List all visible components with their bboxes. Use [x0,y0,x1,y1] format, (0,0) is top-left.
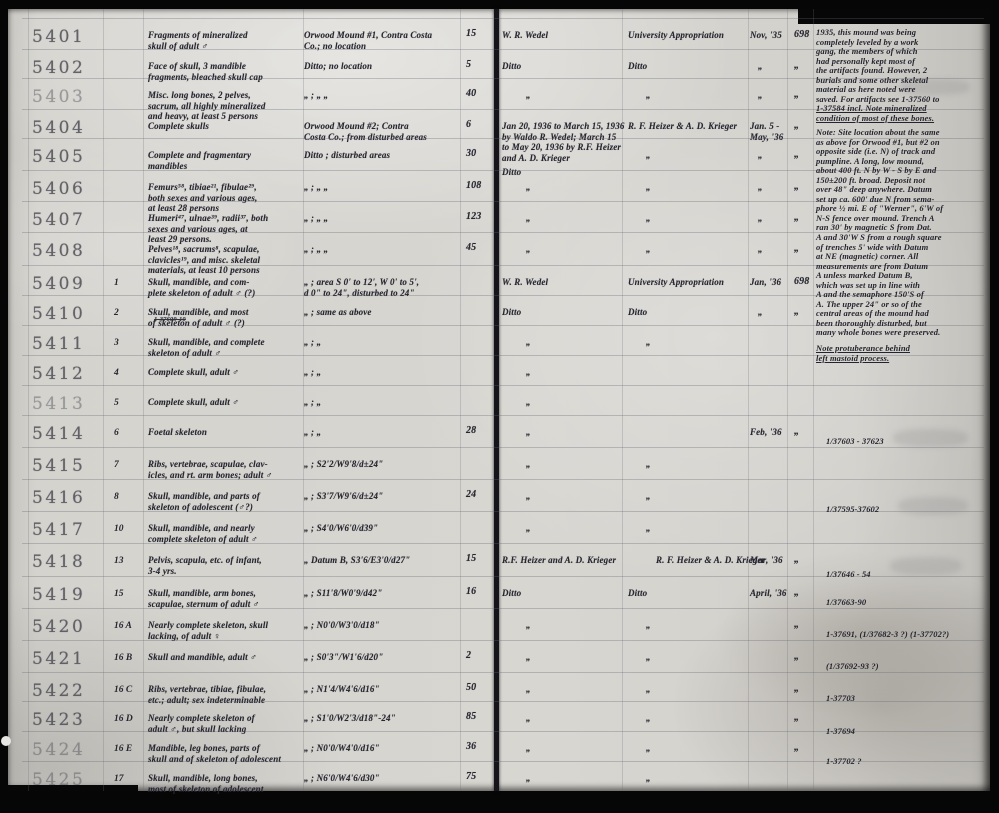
entry-number: 16 A [114,621,132,632]
locality: „ ; N0'0/W4'0/d16" [304,743,380,754]
text-line: May, '36 [750,132,783,143]
accession-number: „ [794,743,799,754]
source: „ [646,620,651,631]
text-line: April, '36 [750,588,787,599]
description: Complete skull, adult ♂ [148,397,239,408]
description: Complete skull, adult ♂ [148,367,239,378]
locality: „ ; „ „ [304,90,328,101]
catalog-number-stamp: 5410 [32,305,85,323]
date: „ [758,182,763,193]
count: 15 [466,554,476,565]
text-line: „ [758,213,763,224]
locality: „ ; „ „ [304,182,328,193]
description: Foetal skeleton [148,427,207,438]
text-line: „ ; „ [304,397,321,408]
ledger-paper: 5401Fragments of mineralizedskull of adu… [8,9,990,791]
catalog-number-stamp: 5415 [32,457,85,475]
entry-number: 1 [114,278,119,289]
remark-line: condition of most of these bones. [816,114,939,124]
locality: „ ; S0'3"/W1'6/d20" [304,652,383,663]
accession-number: „ [794,213,799,224]
text-line: Costa Co.; from disturbed areas [304,132,427,143]
text-line: and heavy, at least 5 persons [148,111,266,122]
remarks-note: Note: Site location about the sameas abo… [816,128,943,338]
ledger-row-rule [22,385,984,386]
count: 40 [466,89,476,100]
text-line: Skull, mandible, and nearly [148,523,258,534]
text-line: „ [646,684,651,695]
text-line: „ ; „ „ [304,182,328,193]
ledger-row-rule [22,608,984,609]
ledger-column-rule [460,9,461,791]
source: „ [646,652,651,663]
text-line: „ ; „ „ [304,213,328,224]
text-line: Complete skulls [148,121,209,132]
text-line: „ [526,491,531,502]
collector: Ditto [502,61,521,72]
source: „ [646,150,651,161]
text-line: R.F. Heizer and A. D. Krieger [502,555,616,566]
catalog-number-stamp: 5405 [32,148,85,166]
source: „ [646,773,651,784]
accession-ref: 1-37702 ? [826,757,862,767]
locality: „ ; N1'4/W4'6/d16" [304,684,380,695]
text-line: „ ; „ [304,367,321,378]
text-line: Skull and mandible, adult ♂ [148,652,257,663]
source: Ditto [628,307,647,318]
entry-number: 16 E [114,744,132,755]
source: „ [646,459,651,470]
source: „ [646,244,651,255]
ledger-row-rule [22,543,984,544]
count: 24 [466,490,476,501]
text-line: „ [646,459,651,470]
text-line: „ ; area S 0' to 12', W 0' to 5', [304,277,419,288]
count: 2 [466,651,471,662]
accession-number: „ [794,588,799,599]
text-line: „ [526,367,531,378]
collector: W. R. Wedel [502,277,548,288]
count: 50 [466,683,476,694]
text-line: Ditto; no location [304,61,372,72]
catalog-number-stamp: 5409 [32,275,85,293]
text-line: „ ; N0'0/W3'0/d18" [304,620,380,631]
text-line: Mar, '36 [750,555,783,566]
source: „ [646,213,651,224]
text-line: „ ; N6'0/W4'6/d30" [304,773,380,784]
source: R. F. Heizer & A. D. Krieger [628,121,737,132]
text-line: „ [526,90,531,101]
text-line: Nearly complete skeleton, skull [148,620,268,631]
text-line: University Appropriation [628,277,724,288]
collector: Ditto [502,588,521,599]
text-line: „ [758,244,763,255]
accession-number: „ [794,61,799,72]
collector: „ [526,213,531,224]
text-line: „ [526,182,531,193]
locality: Orwood Mound #1, Contra CostaCo.; no loc… [304,30,432,51]
description: Humeri⁴⁷, ulnae³⁹, radii³⁷, bothsexes an… [148,213,268,245]
date: „ [758,244,763,255]
accession-number: 698 [794,30,809,41]
text-line: Pelvis, scapula, etc. of infant, [148,555,262,566]
source: Ditto [628,61,647,72]
ledger-row-rule [22,672,984,673]
text-line: „ ; S3'7/W9'6/d±24" [304,491,383,502]
accession-number: „ [794,244,799,255]
collector: Ditto [502,307,521,318]
remarks-note: Note protuberance behindleft mastoid pro… [816,344,910,363]
count: 28 [466,426,476,437]
catalog-number-stamp: 5401 [32,28,85,46]
locality: Ditto; no location [304,61,372,72]
text-line: „ [526,773,531,784]
text-line: „ [646,150,651,161]
text-line: „ ; S4'0/W6'0/d39" [304,523,378,534]
source: University Appropriation [628,30,724,41]
entry-number: 16 C [114,685,132,696]
collector: „ [526,367,531,378]
text-line: „ ; S2'2/W9'8/d±24" [304,459,383,470]
text-line: „ [646,523,651,534]
catalog-number-stamp: 5419 [32,586,85,604]
count: 15 [466,29,476,40]
date: April, '36 [750,588,787,599]
accession-number: „ [794,652,799,663]
text-line: University Appropriation [628,30,724,41]
accession-number: „ [794,555,799,566]
bleedthrough-smudge [893,429,968,447]
description: Skull and mandible, adult ♂ [148,652,257,663]
text-line: Skull, mandible, and parts of [148,491,260,502]
text-line: Skull, mandible, and complete [148,337,265,348]
ledger-column-rule [787,9,788,791]
text-line: „ [646,213,651,224]
description: Misc. long bones, 2 pelves,sacrum, all h… [148,90,266,122]
text-line: „ [646,743,651,754]
text-line: „ [646,713,651,724]
accession-number: „ [794,182,799,193]
text-line: „ [646,90,651,101]
ledger-row-rule [22,18,984,19]
description: Skull, mandible, and parts ofskeleton of… [148,491,260,512]
text-line: „ ; „ „ [304,90,328,101]
locality: „ ; S11'8/W0'9/d42" [304,588,382,599]
catalog-number-stamp: 5406 [32,180,85,198]
text-line: Foetal skeleton [148,427,207,438]
text-line: „ [526,523,531,534]
text-line: „ [758,150,763,161]
text-line: Nov, '35 [750,30,782,41]
text-line: „ [526,397,531,408]
description: Femurs⁵⁸, tibiae²¹, fibulae²⁹,both sexes… [148,182,257,214]
date: Feb, '36 [750,427,782,438]
text-line: „ ; N1'4/W4'6/d16" [304,684,380,695]
text-line: Skull, mandible, arm bones, [148,588,260,599]
text-line: skeleton of adult ♂ [148,348,265,359]
text-line: „ ; „ „ [304,244,328,255]
count: 6 [466,120,471,131]
accession-ref: (1/37692-93 ?) [826,662,879,672]
date: Nov, '35 [750,30,782,41]
ledger-heavy-column-rule [494,9,499,791]
remark-line: many whole bones were preserved. [816,328,943,338]
text-line: „ Datum B, S3'6/E3'0/d27" [304,555,410,566]
source: „ [646,491,651,502]
collector: „ [526,397,531,408]
catalog-number-stamp: 5414 [32,425,85,443]
text-line: „ ; „ [304,337,321,348]
count: 30 [466,149,476,160]
text-line: „ [646,491,651,502]
source: Ditto [628,588,647,599]
source: „ [646,523,651,534]
locality: „ ; „ [304,367,321,378]
accession-number: „ [794,90,799,101]
remark-line: left mastoid process. [816,354,910,364]
text-line: Ditto ; disturbed areas [304,150,390,161]
entry-number: 4 [114,368,119,379]
text-line: Mandible, leg bones, parts of [148,743,281,754]
text-line: „ ; „ [304,427,321,438]
collector: „ [526,684,531,695]
catalog-number-stamp: 5425 [32,771,85,789]
date: „ [758,150,763,161]
text-line: „ [526,213,531,224]
description: Complete skulls [148,121,209,132]
catalog-number-stamp: 5407 [32,211,85,229]
text-line: plete skeleton of adult ♂ (?) [148,288,255,299]
entry-number: 2 [114,308,119,319]
text-line: most of skeleton of adolescent [148,784,264,795]
text-line: W. R. Wedel [502,30,548,41]
text-line: „ [526,459,531,470]
ledger-column-rule [748,9,749,791]
locality: „ ; S4'0/W6'0/d39" [304,523,378,534]
text-line: „ [526,652,531,663]
text-line: 3-4 yrs. [148,566,262,577]
text-line: Ditto [502,167,521,178]
text-line: „ [526,684,531,695]
date: „ [758,90,763,101]
text-line: „ [646,773,651,784]
locality: „ ; same as above [304,307,372,318]
bleedthrough-smudge [890,557,962,575]
text-line: Feb, '36 [750,427,782,438]
accession-number: „ [794,307,799,318]
text-line: „ [646,244,651,255]
text-line: „ [758,307,763,318]
catalog-number-stamp: 5416 [32,489,85,507]
locality: „ ; „ [304,427,321,438]
catalog-number-stamp: 5402 [32,59,85,77]
text-line: Ribs, vertebrae, scapulae, clav- [148,459,273,470]
collector: „ [526,523,531,534]
collector: „ [526,743,531,754]
locality: „ ; S1'0/W2'3/d18"-24" [304,713,396,724]
source: R. F. Heizer & A. D. Krieger [656,555,765,566]
count: 85 [466,712,476,723]
description: Skull, mandible, and nearlycomplete skel… [148,523,258,544]
catalog-number-stamp: 5417 [32,521,85,539]
text-line: Jan. 5 - [750,121,783,132]
collector: „ [526,427,531,438]
text-line: „ ; S0'3"/W1'6/d20" [304,652,383,663]
text-line: „ ; same as above [304,307,372,318]
ledger-row-rule [22,479,984,480]
text-line: to May 20, 1936 by R.F. Heizer [502,142,625,153]
text-line: „ ; N0'0/W4'0/d16" [304,743,380,754]
collector: „ [526,244,531,255]
collector: W. R. Wedel [502,30,548,41]
text-line: „ [526,713,531,724]
locality: „ ; S2'2/W9'8/d±24" [304,459,383,470]
catalog-number-stamp: 5418 [32,553,85,571]
ledger-column-rule [103,9,104,791]
accession-ref: 1/37595-37602 [826,505,879,515]
text-line: Complete skull, adult ♂ [148,367,239,378]
description: Nearly complete skeleton, skulllacking, … [148,620,268,641]
description: Ribs, vertebrae, scapulae, clav-icles, a… [148,459,273,480]
text-line: „ [646,652,651,663]
catalog-number-stamp: 5420 [32,618,85,636]
locality: „ ; „ „ [304,213,328,224]
text-line: „ ; S11'8/W0'9/d42" [304,588,382,599]
text-line: Ditto [628,588,647,599]
ledger-column-rule [28,9,29,791]
accession-number: „ [794,620,799,631]
catalog-number-stamp: 5422 [32,682,85,700]
accession-number: „ [794,713,799,724]
text-line: Skull, mandible, and com- [148,277,255,288]
text-line: „ [758,90,763,101]
entry-number: 15 [114,589,124,600]
count: 123 [466,212,481,223]
text-line: Ditto [502,61,521,72]
text-line: Complete and fragmentary [148,150,251,161]
catalog-number-stamp: 5404 [32,119,85,137]
entry-number: 8 [114,492,119,503]
collector: „ [526,182,531,193]
description: Pelves¹⁸, sacrums⁸, scapulae,clavicles¹⁹… [148,244,260,276]
text-line: „ ; S1'0/W2'3/d18"-24" [304,713,396,724]
text-line: Ditto [628,307,647,318]
text-line: Jan, '36 [750,277,781,288]
accession-ref: 1-37691, (1/37682-3 ?) (1-37702?) [826,630,949,640]
catalog-number-stamp: 5421 [32,650,85,668]
text-line: Ribs, vertebrae, tibiae, fibulae, [148,684,266,695]
punch-hole [1,736,11,746]
ledger-row-rule [22,640,984,641]
collector: R.F. Heizer and A. D. Krieger [502,555,616,566]
date: Jan, '36 [750,277,781,288]
ledger-column-rule [813,9,814,791]
text-line: Face of skull, 3 mandible [148,61,263,72]
text-line: fragments, bleached skull cap [148,72,263,83]
description: Skull, mandible, long bones,most of skel… [148,773,264,794]
count: 108 [466,181,481,192]
entry-number: 3 [114,338,119,349]
remarks-note: 1935, this mound was beingcompletely lev… [816,28,939,123]
locality: „ ; S3'7/W9'6/d±24" [304,491,383,502]
description: Pelvis, scapula, etc. of infant,3-4 yrs. [148,555,262,576]
text-line: by Waldo R. Wedel; March 15 [502,132,625,143]
ledger-row-rule [22,447,984,448]
collector: Ditto [502,167,521,178]
collector: „ [526,90,531,101]
text-line: Complete skull, adult ♂ [148,397,239,408]
catalog-number-stamp: 5411 [32,335,85,353]
text-line: Pelves¹⁸, sacrums⁸, scapulae, [148,244,260,255]
entry-number: 5 [114,398,119,409]
accession-ref: 1-37694 [826,727,855,737]
entry-number: 7 [114,460,119,471]
entry-number: 10 [114,524,124,535]
collector: „ [526,773,531,784]
date: Mar, '36 [750,555,783,566]
count: 45 [466,243,476,254]
description: Fragments of mineralizedskull of adult ♂ [148,30,248,51]
scan-edge-top-right [798,9,990,24]
text-line: etc.; adult; sex indeterminable [148,695,266,706]
text-line: Femurs⁵⁸, tibiae²¹, fibulae²⁹, [148,182,257,193]
text-line: at least 28 persons [148,203,257,214]
text-line: „ [758,182,763,193]
ledger-row-rule [22,415,984,416]
accession-ref: 1/37663-90 [826,598,866,608]
entry-number: 17 [114,774,124,785]
source: University Appropriation [628,277,724,288]
text-line: Ditto [628,61,647,72]
text-line: „ [526,337,531,348]
scanned-ledger-photo: 5401Fragments of mineralizedskull of adu… [0,0,999,813]
entry-number: 16 D [114,714,133,725]
collector: „ [526,620,531,631]
catalog-number-stamp: 5413 [32,395,85,413]
text-line: R. F. Heizer & A. D. Krieger [628,121,737,132]
text-line: least 29 persons. [148,234,268,245]
count: 16 [466,587,476,598]
text-line: „ [526,244,531,255]
description: Complete and fragmentarymandibles [148,150,251,171]
catalog-number-stamp: 5408 [32,242,85,260]
locality: „ ; N0'0/W3'0/d18" [304,620,380,631]
count: 5 [466,60,471,71]
text-line: „ [646,182,651,193]
accession-ref: 1/37646 - 54 [826,570,871,580]
text-line: skull and of skeleton of adolescent [148,754,281,765]
locality: „ Datum B, S3'6/E3'0/d27" [304,555,410,566]
entry-number: 13 [114,556,124,567]
entry-number: 6 [114,428,119,439]
collector: „ [526,652,531,663]
source: „ [646,337,651,348]
accession-number: „ [794,684,799,695]
locality: „ ; „ [304,337,321,348]
locality: „ ; N6'0/W4'6/d30" [304,773,380,784]
text-line: Orwood Mound #1, Contra Costa [304,30,432,41]
text-line: Humeri⁴⁷, ulnae³⁹, radii³⁷, both [148,213,268,224]
catalog-number-stamp: 5423 [32,711,85,729]
locality: „ ; „ „ [304,244,328,255]
accession-number: „ [794,121,799,132]
accession-number: „ [794,427,799,438]
source: „ [646,743,651,754]
accession-number: 698 [794,277,809,288]
catalog-number-stamp: 5412 [32,365,85,383]
bleedthrough-smudge [898,497,968,515]
text-line: Ditto [502,307,521,318]
